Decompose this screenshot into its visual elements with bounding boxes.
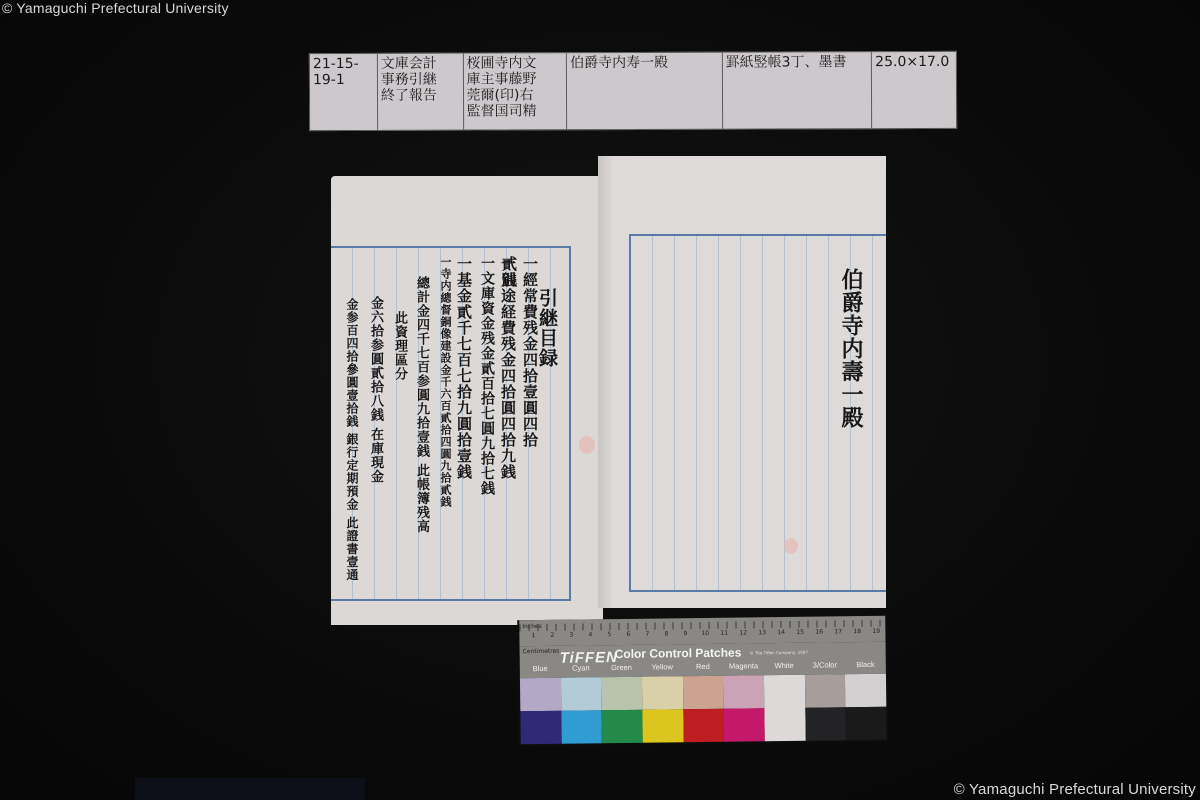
ruler-centimetres-label: Centimetres [523, 648, 560, 655]
patch-yellow-light [642, 676, 683, 709]
ledger-line-7: 此資理區分 [390, 311, 409, 381]
cm-mark: 17 [834, 628, 842, 635]
cm-mark: 5 [607, 631, 611, 638]
patch-magenta-light [723, 675, 764, 708]
patch-label-blue: Blue [520, 664, 561, 678]
patch-yellow [642, 709, 683, 742]
patch-white [764, 675, 805, 741]
catalog-format: 罫紙竪帳3丁、墨書 [723, 52, 873, 129]
cm-mark: 12 [739, 629, 747, 636]
patch-blue-light [520, 678, 561, 711]
patch-cyan-light [561, 677, 602, 710]
patch-3color-dark [805, 707, 846, 740]
cm-mark: 13 [758, 629, 766, 636]
right-page-title: 伯爵寺内壽一殿 [836, 268, 867, 429]
catalog-author: 桜圃寺内文 庫主事藤野 莞爾(印)右 監督国司精 [463, 53, 567, 129]
cm-mark: 7 [645, 631, 649, 638]
catalog-recipient: 伯爵寺内寿一殿 [567, 53, 723, 130]
ledger-line-6: 總計金四千七百参圓九拾壹銭 此帳簿残高 [412, 276, 431, 566]
cm-mark: 1 [531, 632, 535, 639]
cm-mark: 6 [626, 631, 630, 638]
color-control-chart: Inches 1 2 3 4 5 6 7 8 9 10 11 12 13 14 … [517, 616, 889, 747]
catalog-size: 25.0×17.0 [872, 52, 956, 128]
document-right-page: 伯爵寺内壽一殿 [598, 156, 886, 608]
red-seal [579, 436, 595, 454]
patch-label-red: Red [682, 662, 723, 676]
patch-label-3color: 3/Color [804, 660, 845, 674]
patch-3color-light [805, 674, 846, 707]
patch-green [602, 710, 643, 743]
cm-mark: 8 [664, 630, 668, 637]
patch-label-white: White [764, 661, 805, 675]
cm-mark: 9 [683, 630, 687, 637]
ledger-line-2: 一別途経費残金四拾圓四拾九銭 [498, 256, 519, 486]
ledger-line-4: 一基金貳千七百七拾九圓拾壹銭 [454, 256, 475, 506]
patch-label-yellow: Yellow [642, 662, 683, 676]
cm-mark: 3 [569, 632, 573, 639]
patch-label-cyan: Cyan [560, 663, 601, 677]
patch-blue [520, 711, 561, 744]
ruler-inches-label: Inches [522, 623, 542, 630]
patch-magenta [724, 708, 765, 741]
patch-red [683, 709, 724, 742]
patch-green-light [601, 677, 642, 710]
patch-cyan [561, 710, 602, 743]
cm-mark: 4 [588, 631, 592, 638]
cm-mark: 16 [815, 629, 823, 636]
cm-mark: 19 [872, 628, 880, 635]
patch-red-light [683, 676, 724, 709]
cm-mark: 2 [550, 632, 554, 639]
ledger-line-9: 金参百四拾參圓壹拾銭 銀行定期預金 此證書壹通 [344, 298, 361, 598]
ledger-line-5: 一寺内總督銅像建設金千六百貳拾四圓九拾貳銭 [437, 256, 453, 526]
catalog-label: 21-15- 19-1 文庫会計 事務引継 終了報告 桜圃寺内文 庫主事藤野 莞… [309, 51, 957, 131]
chart-title: Color Control Patches [615, 646, 742, 662]
patch-black-light [845, 674, 886, 707]
red-seal [784, 538, 798, 554]
catalog-title: 文庫会計 事務引継 終了報告 [378, 54, 464, 130]
cm-mark: 11 [720, 630, 728, 637]
cm-mark: 15 [796, 629, 804, 636]
patch-label-green: Green [601, 663, 642, 677]
ledger-line-8: 金六拾参圓貳拾八銭 在庫現金 [366, 296, 385, 586]
cm-mark: 10 [701, 630, 709, 637]
copyright-top: © Yamaguchi Prefectural University [2, 0, 229, 16]
background-shadow [135, 778, 365, 800]
patch-label-magenta: Magenta [723, 661, 764, 675]
chart-copyright: © The Tiffen Company, 2007 [750, 650, 808, 656]
patch-label-black: Black [845, 660, 886, 674]
copyright-bottom: © Yamaguchi Prefectural University [954, 781, 1196, 798]
color-patches [520, 674, 887, 744]
catalog-id: 21-15- 19-1 [310, 54, 378, 130]
ledger-line-3: 一文庫資金残金貳百拾七圓九拾七銭 [477, 256, 497, 516]
cm-mark: 14 [777, 629, 785, 636]
document-left-page: 引継目録 一經常費残金四拾壹圓四拾貳銭 一別途経費残金四拾圓四拾九銭 一文庫資金… [331, 176, 603, 625]
patch-black [846, 707, 887, 740]
cm-mark: 18 [853, 628, 861, 635]
